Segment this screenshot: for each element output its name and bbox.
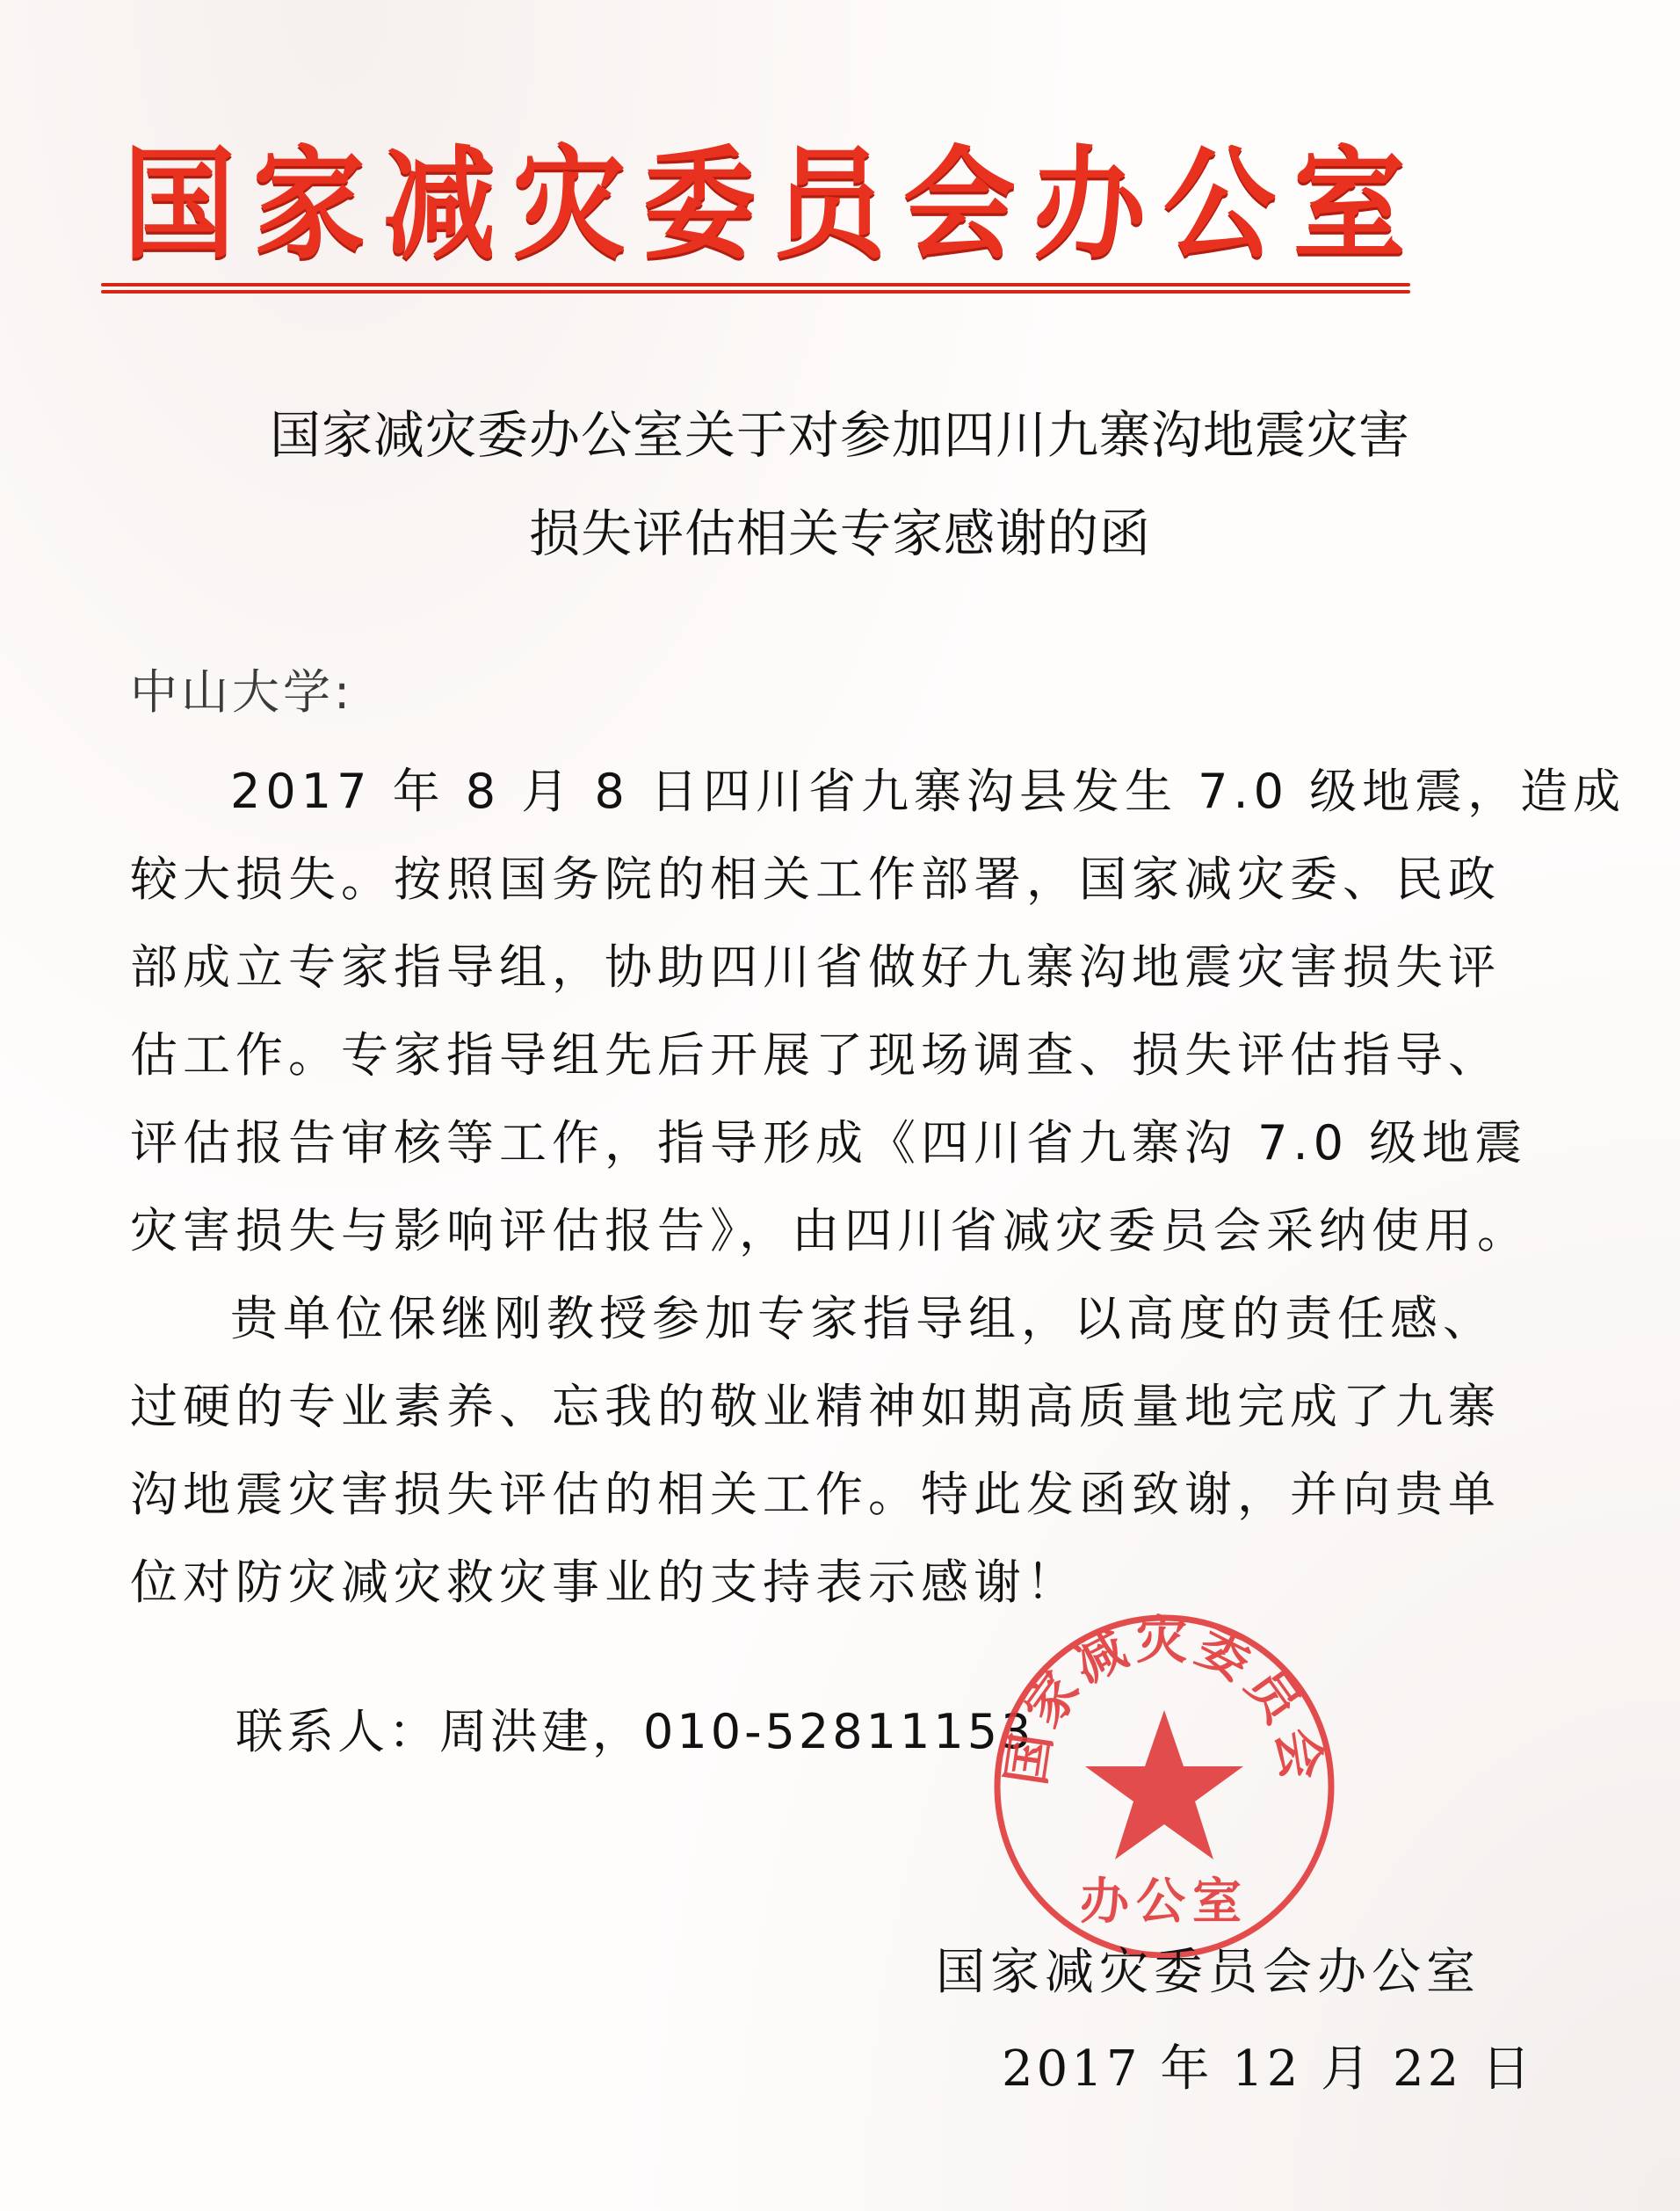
paragraph-1-line: 评估报告审核等工作，指导形成《四川省九寨沟 7.0 级地震 [130,1105,1510,1173]
paragraph-2-line: 贵单位保继刚教授参加专家指导组，以高度的责任感、 [230,1281,1610,1349]
document-title-line-1: 国家减灾委办公室关于对参加四川九寨沟地震灾害 [0,394,1680,468]
paragraph-1-line: 2017 年 8 月 8 日四川省九寨沟县发生 7.0 级地震，造成 [230,754,1610,822]
letterhead-char: 公 [1163,134,1276,276]
paragraph-1-line: 灾害损失与影响评估报告》，由四川省减灾委员会采纳使用。 [130,1193,1510,1261]
document-page: 国 家 减 灾 委 员 会 办 公 室 国家减灾委办公室关于对参加四川九寨沟地震… [0,0,1680,2211]
letterhead-char: 减 [383,134,496,276]
paragraph-1-line: 部成立专家指导组，协助四川省做好九寨沟地震灾害损失评 [130,930,1510,997]
letterhead-char: 家 [253,134,366,276]
letterhead-title: 国 家 减 灾 委 员 会 办 公 室 [123,134,1406,276]
letterhead-char: 会 [903,134,1016,276]
letterhead-char: 办 [1033,134,1146,276]
star-icon [1085,1710,1243,1859]
letterhead-char: 委 [643,134,756,276]
salutation: 中山大学: [130,655,353,722]
letterhead-char: 国 [123,134,235,276]
signature-date: 2017 年 12 月 22 日 [1002,2030,1534,2100]
official-seal: 国家减灾委员会 办公室 [988,1606,1340,1958]
letterhead-char: 室 [1293,134,1406,276]
letterhead-char: 灾 [513,134,626,276]
paragraph-2-line: 沟地震灾害损失评估的相关工作。特此发函致谢，并向贵单 [130,1457,1510,1525]
divider-line-top [101,283,1410,286]
paragraph-2-line: 过硬的专业素养、忘我的敬业精神如期高质量地完成了九寨 [130,1369,1510,1437]
divider-line-bottom [101,290,1410,294]
contact-info: 联系人：周洪建，010-52811153 [235,1694,1034,1762]
document-title-line-2: 损失评估相关专家感谢的函 [0,492,1680,566]
paragraph-1-line: 估工作。专家指导组先后开展了现场调查、损失评估指导、 [130,1018,1510,1085]
paragraph-2-line: 位对防灾减灾救灾事业的支持表示感谢！ [130,1545,1510,1613]
paragraph-1-line: 较大损失。按照国务院的相关工作部署，国家减灾委、民政 [130,842,1510,910]
signature-organization: 国家减灾委员会办公室 [936,1933,1481,2004]
seal-bottom-text: 办公室 [1080,1873,1249,1931]
letterhead-divider [101,283,1410,295]
letterhead-char: 员 [773,134,886,276]
